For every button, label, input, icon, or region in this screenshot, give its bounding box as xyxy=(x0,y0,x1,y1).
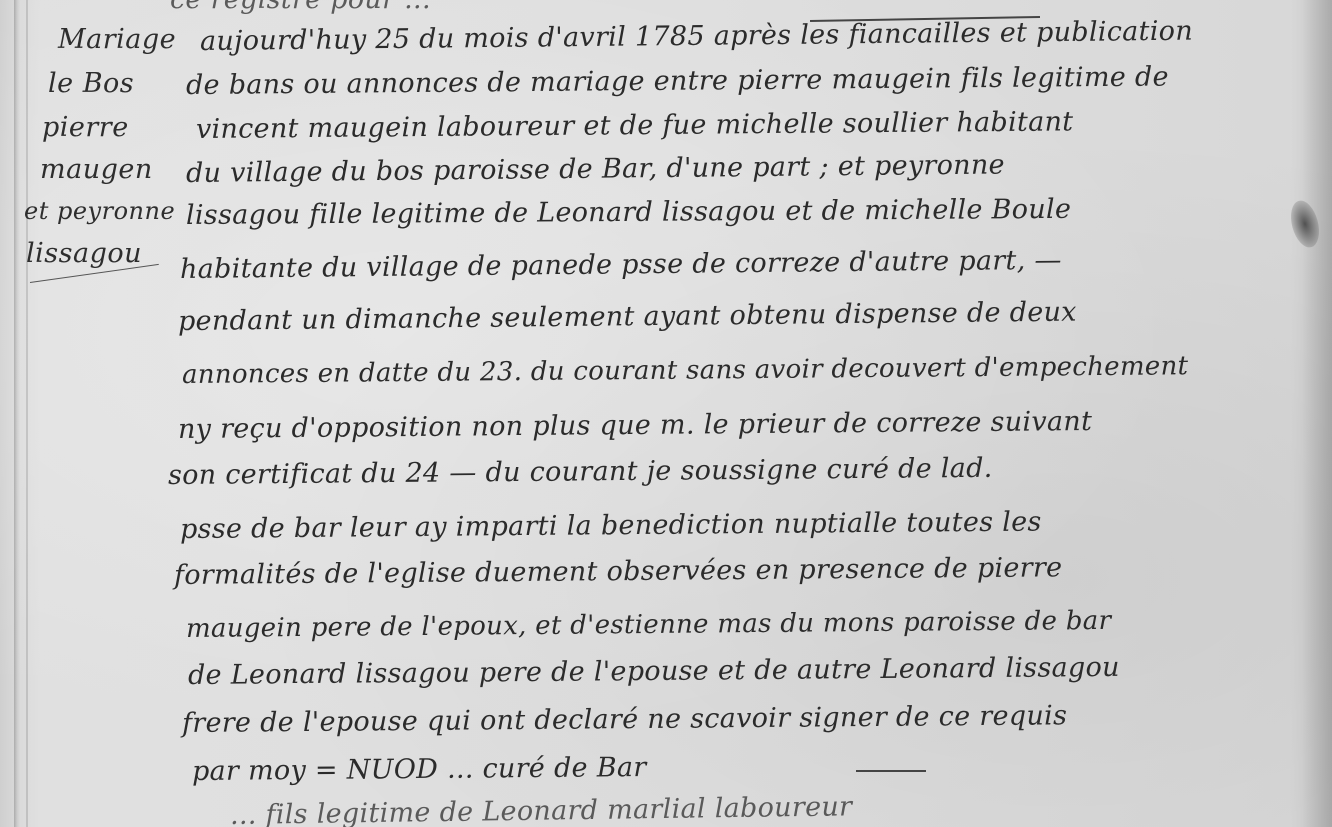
body-line-8: annonces en datte du 23. du courant sans… xyxy=(182,351,1189,390)
page-margin-rule xyxy=(26,0,28,827)
scanned-register-page: ce registre pour ... Mariage le Bos pier… xyxy=(0,0,1332,827)
body-line-6: habitante du village de panede psse de c… xyxy=(180,245,1062,285)
body-line-2: de bans ou annonces de mariage entre pie… xyxy=(186,61,1169,101)
body-line-14: de Leonard lissagou pere de l'epouse et … xyxy=(188,652,1120,691)
body-line-1: aujourd'huy 25 du mois d'avril 1785 aprè… xyxy=(200,16,1193,57)
body-line-11: psse de bar leur ay imparti la benedicti… xyxy=(180,506,1042,545)
body-line-7: pendant un dimanche seulement ayant obte… xyxy=(178,297,1077,337)
body-line-15: frere de l'epouse qui ont declaré ne sca… xyxy=(182,700,1067,739)
body-line-3: vincent maugein laboureur et de fue mich… xyxy=(196,106,1074,145)
page-right-edge-shadow xyxy=(1302,0,1332,827)
margin-note-le-bos: le Bos xyxy=(48,68,134,99)
body-line-13: maugein pere de l'epoux, et d'estienne m… xyxy=(186,606,1112,644)
margin-note-maugen: maugen xyxy=(40,154,153,185)
page-binding-shadow xyxy=(14,0,20,827)
margin-note-mariage: Mariage xyxy=(58,24,176,55)
margin-note-pierre: pierre xyxy=(42,112,129,143)
body-line-12: formalités de l'eglise duement observées… xyxy=(174,552,1063,591)
body-line-10: son certificat du 24 — du courant je sou… xyxy=(168,453,993,491)
body-line-9: ny reçu d'opposition non plus que m. le … xyxy=(178,406,1092,445)
margin-note-lissagou: lissagou xyxy=(26,238,142,269)
top-partial-line: ce registre pour ... xyxy=(170,0,431,15)
body-line-4: du village du bos paroisse de Bar, d'une… xyxy=(186,149,1005,189)
body-line-5: lissagou fille legitime de Leonard lissa… xyxy=(186,194,1071,231)
signature-flourish xyxy=(856,770,926,772)
margin-note-peyronne: et peyronne xyxy=(24,197,175,225)
bottom-partial-line: ... fils legitime de Leonard marlial lab… xyxy=(230,791,853,827)
body-line-16-signature: par moy = NUOD ... curé de Bar xyxy=(192,752,647,787)
